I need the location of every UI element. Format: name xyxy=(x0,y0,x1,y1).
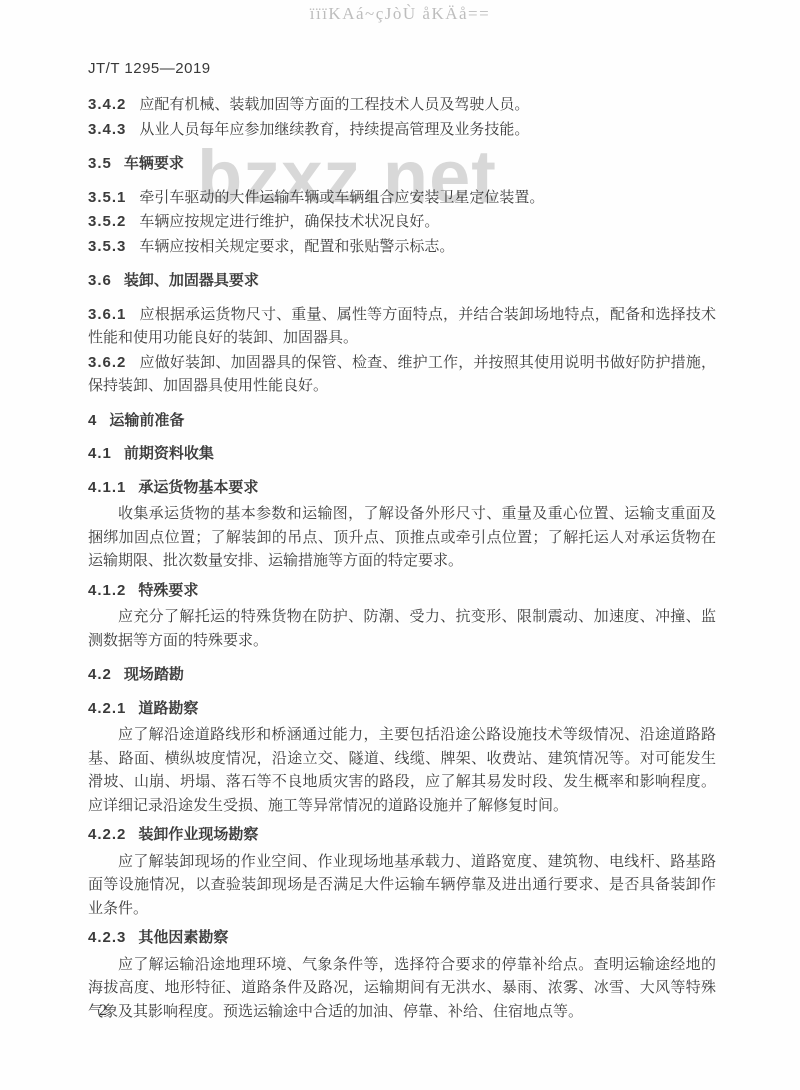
clause-3-6-2: 3.6.2应做好装卸、加固器具的保管、检查、维护工作，并按照其使用说明书做好防护… xyxy=(88,351,716,399)
heading-number: 4.2 xyxy=(88,666,112,683)
clause-number: 3.6.1 xyxy=(88,306,126,323)
clause-3-5-3: 3.5.3车辆应按相关规定要求，配置和张贴警示标志。 xyxy=(88,235,716,260)
paragraph-4-1-1: 收集承运货物的基本参数和运输图，了解设备外形尺寸、重量及重心位置、运输支重面及捆… xyxy=(88,503,716,574)
paragraph-4-2-3: 应了解运输沿途地理环境、气象条件等，选择符合要求的停靠补给点。查明运输途经地的海… xyxy=(88,954,716,1025)
document-body: 3.4.2应配有机械、装载加固等方面的工程技术人员及驾驶人员。 3.4.3从业人… xyxy=(88,93,716,1024)
heading-title: 承运货物基本要求 xyxy=(138,479,258,496)
heading-number: 3.5 xyxy=(88,155,112,172)
paragraph-4-2-2: 应了解装卸现场的作业空间、作业现场地基承载力、道路宽度、建筑物、电线杆、路基路面… xyxy=(88,851,716,922)
paragraph-4-2-1: 应了解沿途道路线形和桥涵通过能力，主要包括沿途公路设施技术等级情况、沿途道路路基… xyxy=(88,724,716,818)
heading-title: 运输前准备 xyxy=(109,412,184,429)
heading-title: 其他因素勘察 xyxy=(138,929,228,946)
clause-3-4-2: 3.4.2应配有机械、装载加固等方面的工程技术人员及驾驶人员。 xyxy=(88,93,716,118)
clause-number: 3.5.2 xyxy=(88,213,126,230)
clause-text: 从业人员每年应参加继续教育，持续提高管理及业务技能。 xyxy=(139,122,529,138)
document-page: ïïïKAá~çJòÙ åKÄå== JT/T 1295—2019 bzxz.n… xyxy=(0,0,800,1090)
clause-number: 3.4.2 xyxy=(88,96,126,113)
clause-number: 3.5.1 xyxy=(88,189,126,206)
heading-number: 4.2.1 xyxy=(88,700,126,717)
section-heading-3-6: 3.6装卸、加固器具要求 xyxy=(88,269,716,293)
clause-text: 牵引车驱动的大件运输车辆或车辆组合应安装卫星定位装置。 xyxy=(139,190,544,206)
section-heading-4-2: 4.2现场踏勘 xyxy=(88,663,716,687)
heading-title: 现场踏勘 xyxy=(124,666,184,683)
heading-number: 3.6 xyxy=(88,272,112,289)
heading-title: 装卸、加固器具要求 xyxy=(124,272,259,289)
heading-title: 特殊要求 xyxy=(138,582,198,599)
heading-number: 4.1.2 xyxy=(88,582,126,599)
heading-title: 前期资料收集 xyxy=(124,445,214,462)
subsection-heading-4-2-2: 4.2.2装卸作业现场勘察 xyxy=(88,823,716,847)
clause-text: 应做好装卸、加固器具的保管、检查、维护工作，并按照其使用说明书做好防护措施，保持… xyxy=(88,355,716,395)
subsection-heading-4-1-2: 4.1.2特殊要求 xyxy=(88,579,716,603)
clause-3-6-1: 3.6.1应根据承运货物尺寸、重量、属性等方面特点，并结合装卸场地特点，配备和选… xyxy=(88,303,716,351)
heading-title: 装卸作业现场勘察 xyxy=(138,826,258,843)
page-number: 2 xyxy=(99,1002,107,1020)
chapter-heading-4: 4运输前准备 xyxy=(88,409,716,433)
clause-text: 车辆应按规定进行维护，确保技术状况良好。 xyxy=(139,214,439,230)
subsection-heading-4-1-1: 4.1.1承运货物基本要求 xyxy=(88,476,716,500)
clause-number: 3.5.3 xyxy=(88,238,126,255)
heading-title: 车辆要求 xyxy=(124,155,184,172)
clause-number: 3.4.3 xyxy=(88,121,126,138)
clause-number: 3.6.2 xyxy=(88,354,126,371)
paragraph-4-1-2: 应充分了解托运的特殊货物在防护、防潮、受力、抗变形、限制震动、加速度、冲撞、监测… xyxy=(88,606,716,653)
heading-number: 4.1.1 xyxy=(88,479,126,496)
heading-number: 4 xyxy=(88,412,97,429)
heading-number: 4.2.3 xyxy=(88,929,126,946)
section-heading-3-5: 3.5车辆要求 xyxy=(88,152,716,176)
clause-text: 应配有机械、装载加固等方面的工程技术人员及驾驶人员。 xyxy=(139,97,529,113)
subsection-heading-4-2-1: 4.2.1道路勘察 xyxy=(88,697,716,721)
clause-3-5-1: 3.5.1牵引车驱动的大件运输车辆或车辆组合应安装卫星定位装置。 xyxy=(88,186,716,211)
clause-text: 应根据承运货物尺寸、重量、属性等方面特点，并结合装卸场地特点，配备和选择技术性能… xyxy=(88,307,716,347)
clause-3-4-3: 3.4.3从业人员每年应参加继续教育，持续提高管理及业务技能。 xyxy=(88,118,716,143)
heading-title: 道路勘察 xyxy=(138,700,198,717)
clause-text: 车辆应按相关规定要求，配置和张贴警示标志。 xyxy=(139,239,454,255)
heading-number: 4.2.2 xyxy=(88,826,126,843)
subsection-heading-4-2-3: 4.2.3其他因素勘察 xyxy=(88,926,716,950)
section-heading-4-1: 4.1前期资料收集 xyxy=(88,442,716,466)
standard-code: JT/T 1295—2019 xyxy=(88,60,211,77)
encoding-artifact-text: ïïïKAá~çJòÙ åKÄå== xyxy=(0,4,800,24)
heading-number: 4.1 xyxy=(88,445,112,462)
clause-3-5-2: 3.5.2车辆应按规定进行维护，确保技术状况良好。 xyxy=(88,210,716,235)
